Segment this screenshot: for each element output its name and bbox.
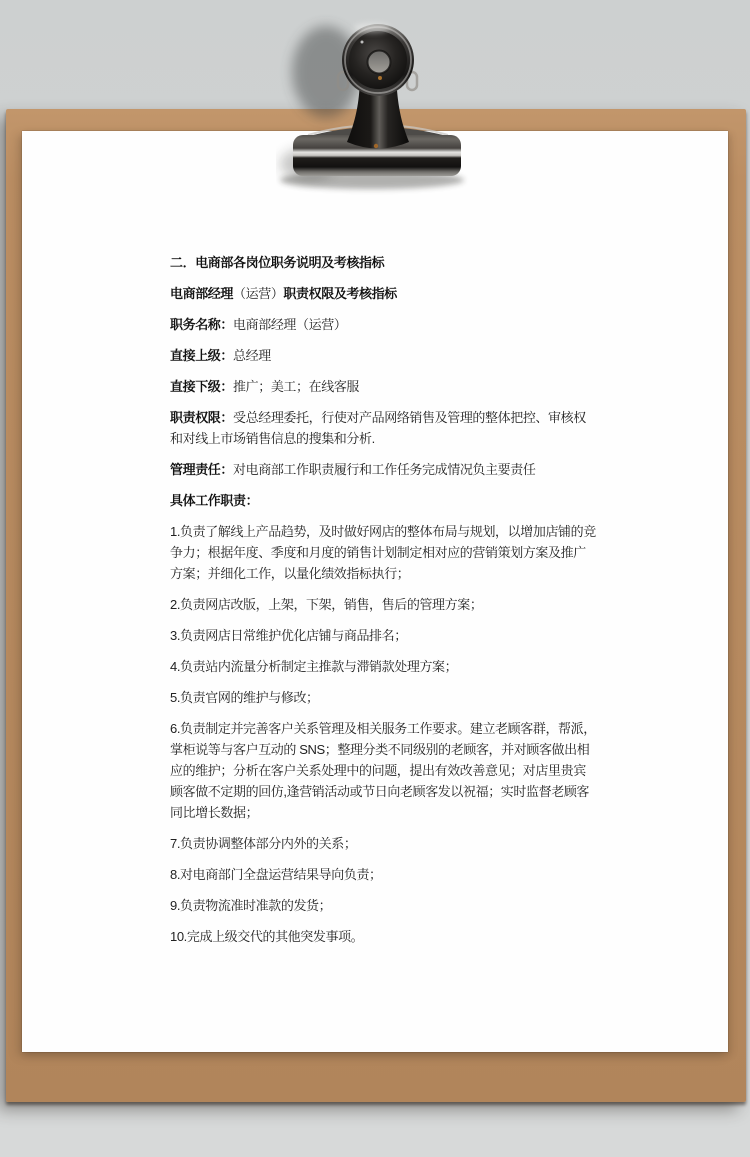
- doc-item: 2.负责网店改版，上架，下架，销售，售后的管理方案；: [170, 594, 596, 615]
- clip-glint-dot: [378, 76, 382, 80]
- doc-item: 7.负责协调整体部分内外的关系；: [170, 833, 596, 854]
- field-value: 总经理: [233, 348, 271, 363]
- doc-field-authority: 职责权限：受总经理委托，行使对产品网络销售及管理的整体把控、审核权和对线上市场销…: [170, 407, 596, 449]
- clip-spring-glare: [354, 23, 390, 33]
- doc-subtitle-paren: （运营）: [233, 286, 283, 301]
- field-label: 职责权限：: [170, 410, 233, 425]
- field-value: 受总经理委托，行使对产品网络销售及管理的整体把控、审核权和对线上市场销售信息的搜…: [170, 410, 586, 446]
- field-label: 直接上级：: [170, 348, 233, 363]
- paper-sheet: 二．电商部各岗位职务说明及考核指标 电商部经理（运营）职责权限及考核指标 职务名…: [22, 131, 728, 1052]
- field-label: 职务名称：: [170, 317, 233, 332]
- doc-field-management-responsibility: 管理责任：对电商部工作职责履行和工作任务完成情况负主要责任: [170, 459, 596, 480]
- doc-field-job-title: 职务名称：电商部经理（运营）: [170, 314, 596, 335]
- clip-speck-highlight: [361, 41, 364, 44]
- doc-field-direct-superior: 直接上级：总经理: [170, 345, 596, 366]
- field-label: 管理责任：: [170, 462, 233, 477]
- photo-scene: 二．电商部各岗位职务说明及考核指标 电商部经理（运营）职责权限及考核指标 职务名…: [0, 0, 750, 1157]
- doc-item: 8.对电商部门全盘运营结果导向负责；: [170, 864, 596, 885]
- document-text: 二．电商部各岗位职务说明及考核指标 电商部经理（运营）职责权限及考核指标 职务名…: [170, 252, 596, 957]
- doc-item: 10.完成上级交代的其他突发事项。: [170, 926, 596, 947]
- doc-subtitle-rest: 职责权限及考核指标: [283, 286, 396, 301]
- doc-item: 1.负责了解线上产品趋势，及时做好网店的整体布局与规划，以增加店铺的竞争力；根据…: [170, 521, 596, 584]
- doc-field-direct-subordinates: 直接下级：推广；美工；在线客服: [170, 376, 596, 397]
- doc-subtitle-role: 电商部经理: [170, 286, 233, 301]
- doc-section-heading: 具体工作职责：: [170, 490, 596, 511]
- doc-item: 5.负责官网的维护与修改；: [170, 687, 596, 708]
- binder-clip: [276, 14, 482, 200]
- field-label: 直接下级：: [170, 379, 233, 394]
- doc-item: 4.负责站内流量分析制定主推款与滞销款处理方案；: [170, 656, 596, 677]
- doc-subtitle: 电商部经理（运营）职责权限及考核指标: [170, 283, 596, 304]
- doc-title: 二．电商部各岗位职务说明及考核指标: [170, 252, 596, 273]
- doc-item: 9.负责物流准时准款的发货；: [170, 895, 596, 916]
- doc-item: 6.负责制定并完善客户关系管理及相关服务工作要求。建立老顾客群，帮派，掌柜说等与…: [170, 718, 596, 823]
- field-value: 推广；美工；在线客服: [233, 379, 359, 394]
- field-value: 对电商部工作职责履行和工作任务完成情况负主要责任: [233, 462, 535, 477]
- clip-rivet-dot: [374, 144, 378, 148]
- doc-item: 3.负责网店日常维护优化店铺与商品排名；: [170, 625, 596, 646]
- field-value: 电商部经理（运营）: [233, 317, 346, 332]
